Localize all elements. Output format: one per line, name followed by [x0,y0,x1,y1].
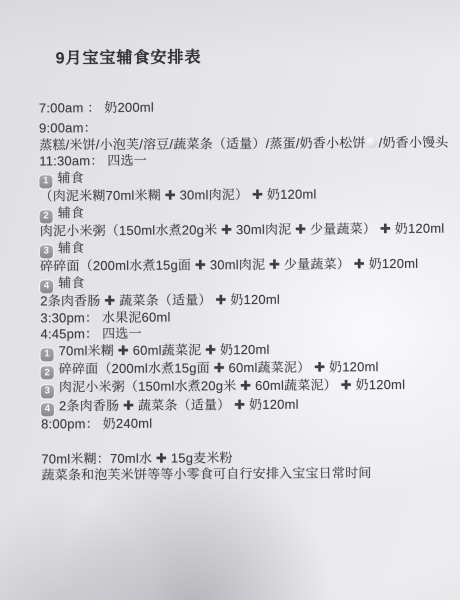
keycap-1-icon: 1 [41,348,54,361]
keycap-2-icon: 2 [41,367,54,380]
keycap-2-icon: 2 [40,211,53,224]
keycap-1-icon: 1 [39,176,52,189]
schedule-line-8pm: 8:00pm： 奶240ml [41,413,453,432]
keycap-4-icon: 4 [40,280,53,293]
lunch-option3-recipe: 碎碎面（200ml水煮15g面 ✚ 30ml肉泥 ✚ 少量蔬菜） ✚ 奶120m… [40,256,452,275]
snack-options-text: 蒸糕/米饼/小泡芙/溶豆/蔬菜条（适量）/蒸蛋/奶香小松饼 [39,135,366,152]
snack-options-line: 蒸糕/米饼/小泡芙/溶豆/蔬菜条（适量）/蒸蛋/奶香小松饼/奶香小馒头 [39,134,451,153]
dinner-option3: 3肉泥小米粥（150ml水煮20g米 ✚ 60ml蔬菜泥） ✚ 奶120ml [41,377,453,398]
lunch-option3-label: 辅食 [58,240,85,255]
dinner-option4-recipe: 2条肉香肠 ✚ 蔬菜条（适量） ✚ 奶120ml [59,396,299,413]
photo-background: 9月宝宝辅食安排表 7:00am ： 奶200ml 9:00am： 蒸糕/米饼/… [0,0,460,600]
keycap-3-icon: 3 [41,385,54,398]
faint-round-emoji-icon [367,137,378,148]
paper-sheet: 9月宝宝辅食安排表 7:00am ： 奶200ml 9:00am： 蒸糕/米饼/… [38,49,453,485]
dinner-option2-recipe: 碎碎面（200ml水煮15g面 ✚ 60ml蔬菜泥） ✚ 奶120ml [59,359,379,376]
dinner-option1-recipe: 70ml米糊 ✚ 60ml蔬菜泥 ✚ 奶120ml [59,342,270,358]
lunch-option2-label: 辅食 [58,205,85,220]
dinner-option3-recipe: 肉泥小米粥（150ml水煮20g米 ✚ 60ml蔬菜泥） ✚ 奶120ml [59,377,405,394]
note-snacks: 蔬菜条和泡芙米饼等等小零食可自行安排入宝宝日常时间 [41,465,453,484]
keycap-4-icon: 4 [41,403,54,416]
lunch-option2-recipe: 肉泥小米粥（150ml水煮20g米 ✚ 30ml肉泥 ✚ 少量蔬菜） ✚ 奶12… [40,221,452,240]
keycap-3-icon: 3 [40,245,53,258]
snack-options-text-after: /奶香小馒头 [379,134,449,149]
schedule-line-7am: 7:00am ： 奶200ml [39,97,451,116]
page-title: 9月宝宝辅食安排表 [55,49,450,68]
lunch-option4-label: 辅食 [58,275,85,290]
lunch-option1-label: 辅食 [57,170,84,185]
